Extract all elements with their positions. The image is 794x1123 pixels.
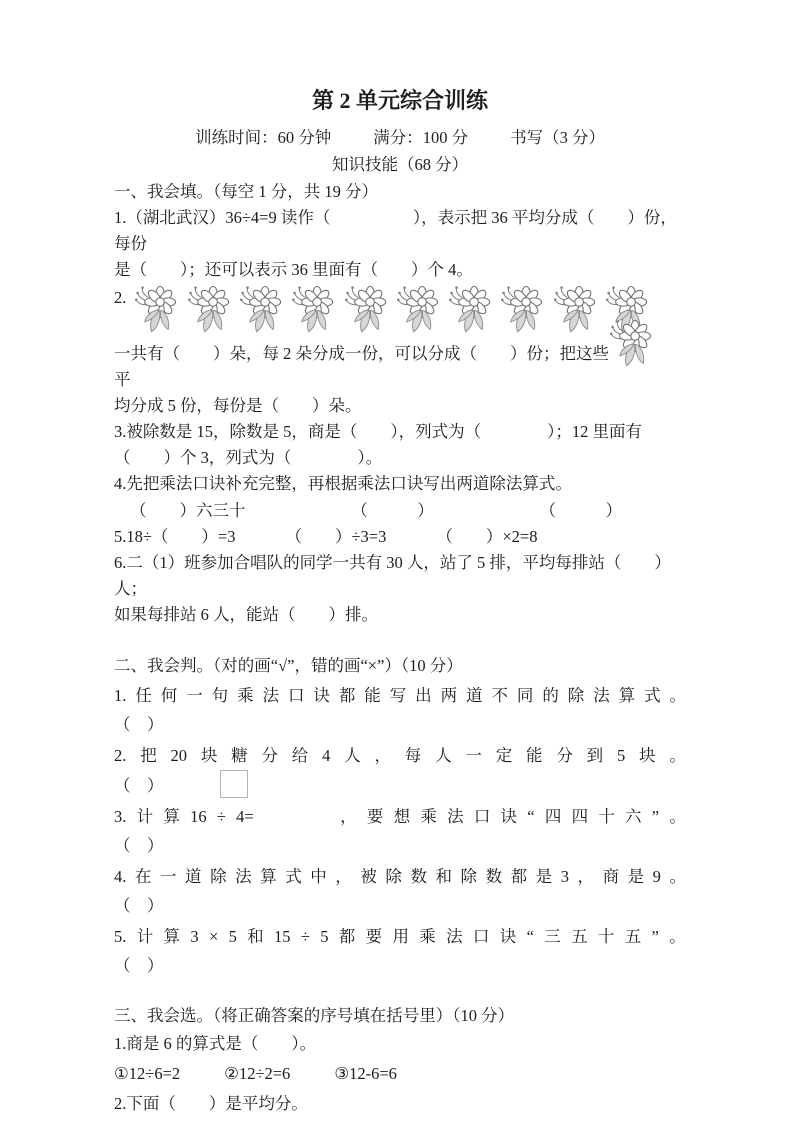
fill-q6-line1: 6.二（1）班参加合唱队的同学一共有 30 人，站了 5 排，平均每排站（ ）人… bbox=[114, 550, 686, 602]
choice-q1: 1.商是 6 的算式是（ ）。 bbox=[114, 1029, 686, 1059]
fill-q3-line2: （ ）个 3，列式为（ ）。 bbox=[114, 445, 686, 471]
judge-item-list: 1.任何一句乘法口诀都能写出两道不同的除法算式。（ ）2.把20块糖分给4人，每… bbox=[114, 681, 686, 980]
fill-q4-blanks: （ ）六三十 （ ） （ ） bbox=[114, 497, 686, 524]
section-fill-heading: 一、我会填。（每空 1 分，共 19 分） bbox=[114, 178, 686, 205]
daisy-flower-icon bbox=[134, 285, 179, 337]
daisy-flower-icon bbox=[500, 285, 545, 337]
fill-q1-line2: 是（ ）；还可以表示 36 里面有（ ）个 4。 bbox=[114, 257, 686, 283]
empty-box bbox=[220, 770, 248, 798]
section-judge: 二、我会判。（对的画“√”，错的画“×”）（10 分） 1.任何一句乘法口诀都能… bbox=[114, 652, 686, 980]
judge-answer-blank: （ ） bbox=[114, 891, 686, 920]
fill-q4-blank2: （ ） bbox=[351, 497, 434, 524]
meta-line: 训练时间：60 分钟满分：100 分书写（3 分） bbox=[114, 124, 686, 151]
flower-images bbox=[134, 285, 650, 337]
judge-item-text: 3.计算16÷4= ，要想乘法口诀“四四十六”。 bbox=[114, 802, 686, 831]
full-score: 满分：100 分 bbox=[373, 128, 468, 147]
judge-answer-blank: （ ） bbox=[114, 710, 686, 739]
training-time: 训练时间：60 分钟 bbox=[195, 128, 331, 147]
choice-option-3: ③12-6=6 bbox=[334, 1064, 397, 1083]
choice-q1-options: ①12÷6=2②12÷2=6③12-6=6 bbox=[114, 1059, 686, 1089]
fill-q3-line1: 3.被除数是 15，除数是 5，商是（ ），列式为（ ）；12 里面有 bbox=[114, 419, 686, 445]
page-title: 第 2 单元综合训练 bbox=[114, 86, 686, 116]
judge-item-5: 5.计算3×5和15÷5都要用乘法口诀“三五十五”。（ ） bbox=[114, 922, 686, 980]
fill-q4-blank3: （ ） bbox=[540, 497, 623, 524]
fill-q5-part2: （ ）÷3=3 bbox=[286, 527, 387, 546]
judge-item-text: 1.任何一句乘法口诀都能写出两道不同的除法算式。 bbox=[114, 681, 686, 710]
judge-item-text: 5.计算3×5和15÷5都要用乘法口诀“三五十五”。 bbox=[114, 922, 686, 951]
fill-q4-line1: 4.先把乘法口诀补充完整，再根据乘法口诀写出两道除法算式。 bbox=[114, 471, 686, 497]
judge-item-4: 4.在一道除法算式中，被除数和除数都是3，商是9。（ ） bbox=[114, 862, 686, 920]
knowledge-skills-subtitle: 知识技能（68 分） bbox=[114, 151, 686, 178]
judge-item-text: 2.把20块糖分给4人，每人一定能分到5块。 bbox=[114, 741, 686, 770]
worksheet-page: 第 2 单元综合训练 训练时间：60 分钟满分：100 分书写（3 分） 知识技… bbox=[0, 0, 794, 1123]
section-choice: 三、我会选。（将正确答案的序号填在括号里）（10 分） 1.商是 6 的算式是（… bbox=[114, 1002, 686, 1119]
choice-option-2: ②12÷2=6 bbox=[224, 1064, 290, 1083]
section-fill-blanks: 一、我会填。（每空 1 分，共 19 分） 1.（湖北武汉）36÷4=9 读作（… bbox=[114, 178, 686, 628]
daisy-flower-icon bbox=[239, 285, 284, 337]
judge-item-2: 2.把20块糖分给4人，每人一定能分到5块。（ ） bbox=[114, 741, 686, 800]
fill-q2-line1: 一共有（ ）朵，每 2 朵分成一份，可以分成（ ）份；把这些 bbox=[114, 339, 686, 393]
fill-q2-number: 2. bbox=[114, 285, 126, 311]
daisy-flower-icon bbox=[396, 285, 441, 337]
daisy-flower-icon bbox=[448, 285, 493, 337]
fill-q5-part1: 5.18÷（ ）=3 bbox=[114, 527, 236, 546]
choice-option-1: ①12÷6=2 bbox=[114, 1064, 180, 1083]
section-choice-heading: 三、我会选。（将正确答案的序号填在括号里）（10 分） bbox=[114, 1002, 686, 1029]
fill-q2-flower-row: 2. bbox=[114, 285, 686, 339]
fill-q1-line1: 1.（湖北武汉）36÷4=9 读作（ ），表示把 36 平均分成（ ）份，每份 bbox=[114, 205, 686, 257]
judge-answer-blank: （ ） bbox=[114, 770, 686, 800]
fill-q2-text-before: 一共有（ ）朵，每 2 朵分成一份，可以分成（ ）份；把这些 bbox=[114, 344, 609, 363]
daisy-flower-icon bbox=[553, 285, 598, 337]
judge-answer-blank: （ ） bbox=[114, 831, 686, 860]
judge-item-text: 4.在一道除法算式中，被除数和除数都是3，商是9。 bbox=[114, 862, 686, 891]
fill-q5-part3: （ ）×2=8 bbox=[436, 527, 537, 546]
daisy-flower-icon bbox=[609, 319, 654, 371]
fill-q2-line2: 均分成 5 份，每份是（ ）朵。 bbox=[114, 393, 686, 419]
judge-answer-blank: （ ） bbox=[114, 951, 686, 980]
daisy-flower-icon bbox=[291, 285, 336, 337]
judge-item-1: 1.任何一句乘法口诀都能写出两道不同的除法算式。（ ） bbox=[114, 681, 686, 739]
choice-q2: 2.下面（ ）是平均分。 bbox=[114, 1089, 686, 1119]
inline-flower-slot bbox=[609, 339, 655, 359]
section-judge-heading: 二、我会判。（对的画“√”，错的画“×”）（10 分） bbox=[114, 652, 686, 679]
writing-score: 书写（3 分） bbox=[510, 128, 605, 147]
judge-item-3: 3.计算16÷4= ，要想乘法口诀“四四十六”。（ ） bbox=[114, 802, 686, 860]
fill-q5: 5.18÷（ ）=3（ ）÷3=3（ ）×2=8 bbox=[114, 524, 686, 550]
daisy-flower-icon bbox=[187, 285, 232, 337]
fill-q4-blank1: （ ）六三十 bbox=[130, 497, 246, 524]
daisy-flower-icon bbox=[344, 285, 389, 337]
fill-q6-line2: 如果每排站 6 人，能站（ ）排。 bbox=[114, 602, 686, 628]
